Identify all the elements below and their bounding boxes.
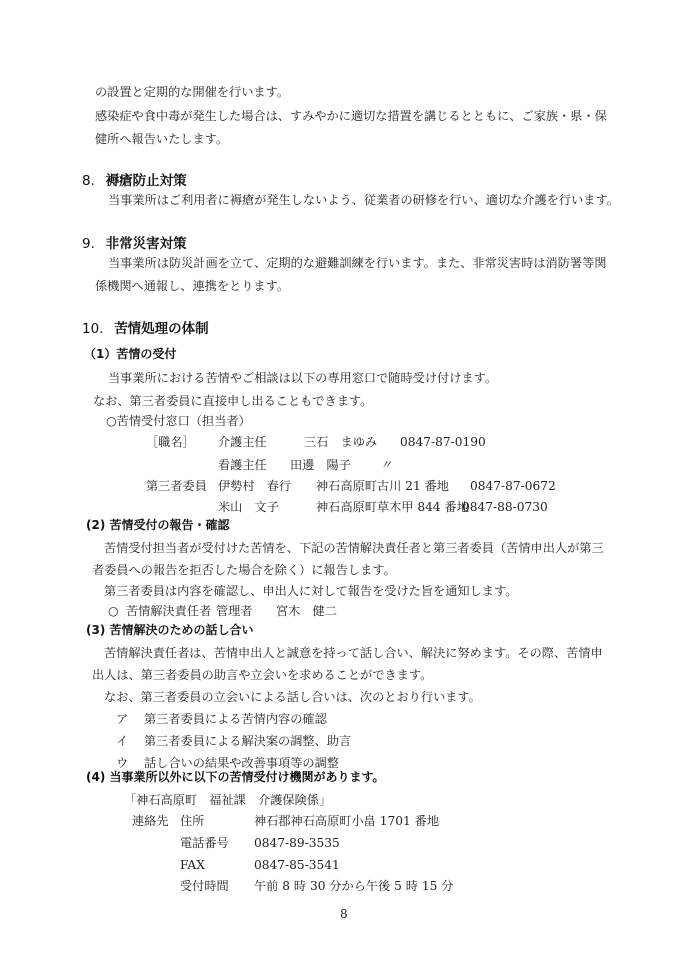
agency-row-label: FAX [180,857,205,873]
item-marker: ア [116,711,128,727]
contact-phone: 〃 [380,457,392,473]
sub2-heading: (2) 苦情受付の報告・確認 [86,517,230,533]
contact-phone: 0847-87-0190 [400,434,486,450]
sub2-line: 第三者委員は内容を確認し、申出人に対して報告を受けた旨を通知します。 [104,583,517,599]
section-title: 苦情処理の体制 [114,321,209,337]
responsible-marker: ○ [108,603,119,619]
agency-name: 「神石高原町 福祉課 介護保険係」 [124,792,331,808]
sub2-line: 苦情受付担当者が受付けた苦情を、下記の苦情解決責任者と第三者委員（苦情申出人が第… [104,540,604,556]
agency-row-value: 0847-89-3535 [254,835,340,851]
sub3-heading: (3) 苦情解決のための話し合い [86,622,254,638]
sub2-line: 者委員への報告を拒否した場合を除く）に報告します。 [92,562,396,578]
section-8-body: 当事業所はご利用者に褥瘡が発生しないよう、従業者の研修を行い、適切な介護を行いま… [108,192,619,208]
contact-address: 神石高原町草木甲 844 番地 [316,499,469,515]
section-number: 8. [82,173,95,189]
sub1-line: ○苦情受付窓口（担当者） [106,413,251,429]
contact-phone: 0847-88-0730 [462,499,548,515]
responsible-label: 苦情解決責任者 [126,603,211,619]
contact-position: 伊勢村 春行 [218,478,291,494]
contact-label: 連絡先 [132,813,169,829]
section-number: 10. [82,321,103,337]
agency-row-label: 電話番号 [180,835,229,851]
section-title: 褥瘡防止対策 [106,173,187,189]
item-text: 第三者委員による苦情内容の確認 [144,711,327,727]
contact-position: 米山 文子 [218,499,279,515]
item-text: 第三者委員による解決案の調整、助言 [144,733,351,749]
contact-role: ［職名］ [146,434,195,450]
section-9-body: 当事業所は防災計画を立て、定期的な避難訓練を行います。また、非常災害時は消防署等… [108,255,606,271]
sub3-line: 苦情解決責任者は、苦情申出人と誠意を持って話し合い、解決に努めます。その際、苦情… [104,645,603,661]
intro-line: 感染症や食中毒が発生した場合は、すみやかに適切な措置を講じるとともに、ご家族・県… [95,108,607,124]
page-number: 8 [340,907,348,921]
item-marker: イ [116,733,128,749]
contact-role: 第三者委員 [146,478,207,494]
sub1-line: なお、第三者委員に直接申し出ることもできます。 [93,393,372,409]
contact-address: 神石高原町古川 21 番地 [316,478,449,494]
section-10-heading: 10. 苦情処理の体制 [82,320,209,338]
section-title: 非常災害対策 [106,236,187,252]
responsible-position: 管理者 [216,603,253,619]
contact-name: 田邊 陽子 [290,457,351,473]
sub1-heading: （1）苦情の受付 [84,346,176,362]
responsible-name: 宮木 健二 [276,603,337,619]
section-8-heading: 8. 褥瘡防止対策 [82,172,187,190]
agency-row-value: 0847-85-3541 [254,857,340,873]
contact-position: 看護主任 [218,457,267,473]
contact-phone: 0847-87-0672 [470,478,556,494]
section-number: 9. [82,236,95,252]
sub4-heading: (4) 当事業所以外に以下の苦情受付け機関があります。 [86,769,385,785]
contact-name: 三石 まゆみ [304,434,377,450]
contact-position: 介護主任 [218,434,267,450]
section-9-heading: 9. 非常災害対策 [82,235,187,253]
section-9-body: 係機関へ通報し、連携をとります。 [95,278,289,294]
agency-row-label: 住所 [180,813,204,829]
agency-row-label: 受付時間 [180,878,229,894]
agency-row-value: 午前 8 時 30 分から午後 5 時 15 分 [254,878,453,894]
intro-line: の設置と定期的な開催を行います。 [95,84,289,100]
sub1-line: 当事業所における苦情やご相談は以下の専用窓口で随時受け付けます。 [108,370,497,386]
sub3-line: なお、第三者委員の立会いによる話し合いは、次のとおり行います。 [104,689,481,705]
agency-row-value: 神石郡神石高原町小畠 1701 番地 [254,813,439,829]
sub3-line: 出人は、第三者委員の助言や立会いを求めることができます。 [92,667,432,683]
intro-line: 健所へ報告いたします。 [95,131,228,147]
